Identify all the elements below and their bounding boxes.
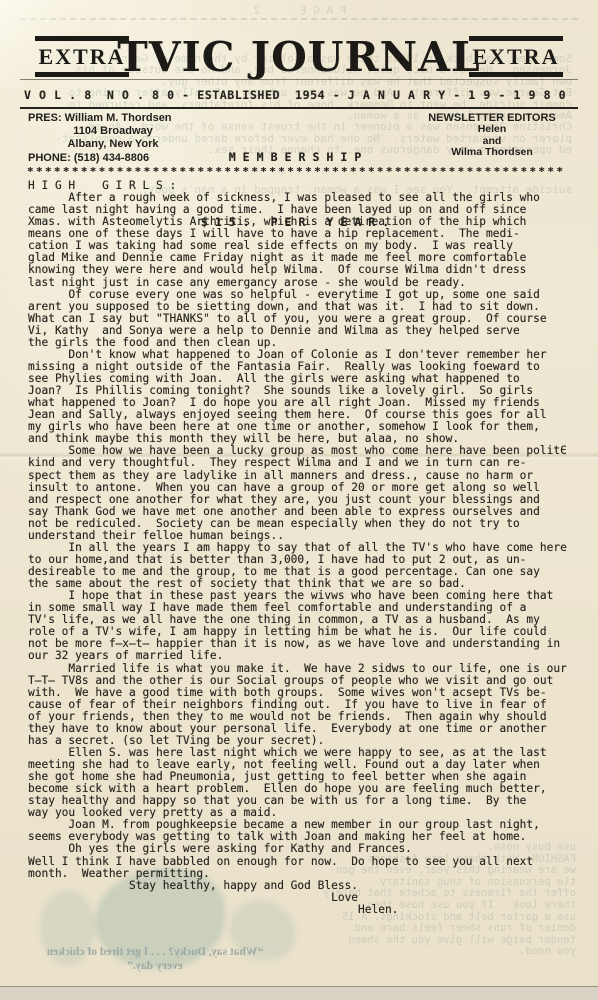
extra-label: EXTRA — [467, 41, 565, 72]
extra-banner-right: EXTRA — [467, 36, 565, 77]
editors-block: NEWSLETTER EDITORS Helen and Wilma Thord… — [408, 112, 576, 159]
newsletter-body-text: H I G H G I R L S : After a rough week o… — [28, 180, 584, 916]
horizontal-rule — [20, 107, 578, 109]
street-address: 1104 Broadway — [28, 125, 198, 138]
editor-name: Wilma Thordsen — [408, 147, 576, 159]
city-state: Albany, New York — [28, 138, 198, 151]
membership-label: M E M B E R S H I P — [175, 150, 415, 164]
president-name: PRES: William M. Thordsen — [28, 112, 198, 125]
horizontal-rule — [20, 79, 578, 80]
scanned-newsletter-page: P A G E 2 Some time, way back in 1950s t… — [0, 0, 598, 1000]
scan-edge — [0, 986, 598, 1000]
issue-volume-date-line: V O L . 8 N O . 8 0 - ESTABLISHED 1954 -… — [24, 88, 580, 102]
banner-bar — [469, 72, 563, 77]
publisher-address-block: PRES: William M. Thordsen 1104 Broadway … — [28, 112, 198, 165]
phone-number: PHONE: (518) 434-8806 — [28, 152, 198, 165]
editor-name: Helen — [408, 124, 576, 136]
asterisk-divider: ****************************************… — [27, 165, 579, 178]
